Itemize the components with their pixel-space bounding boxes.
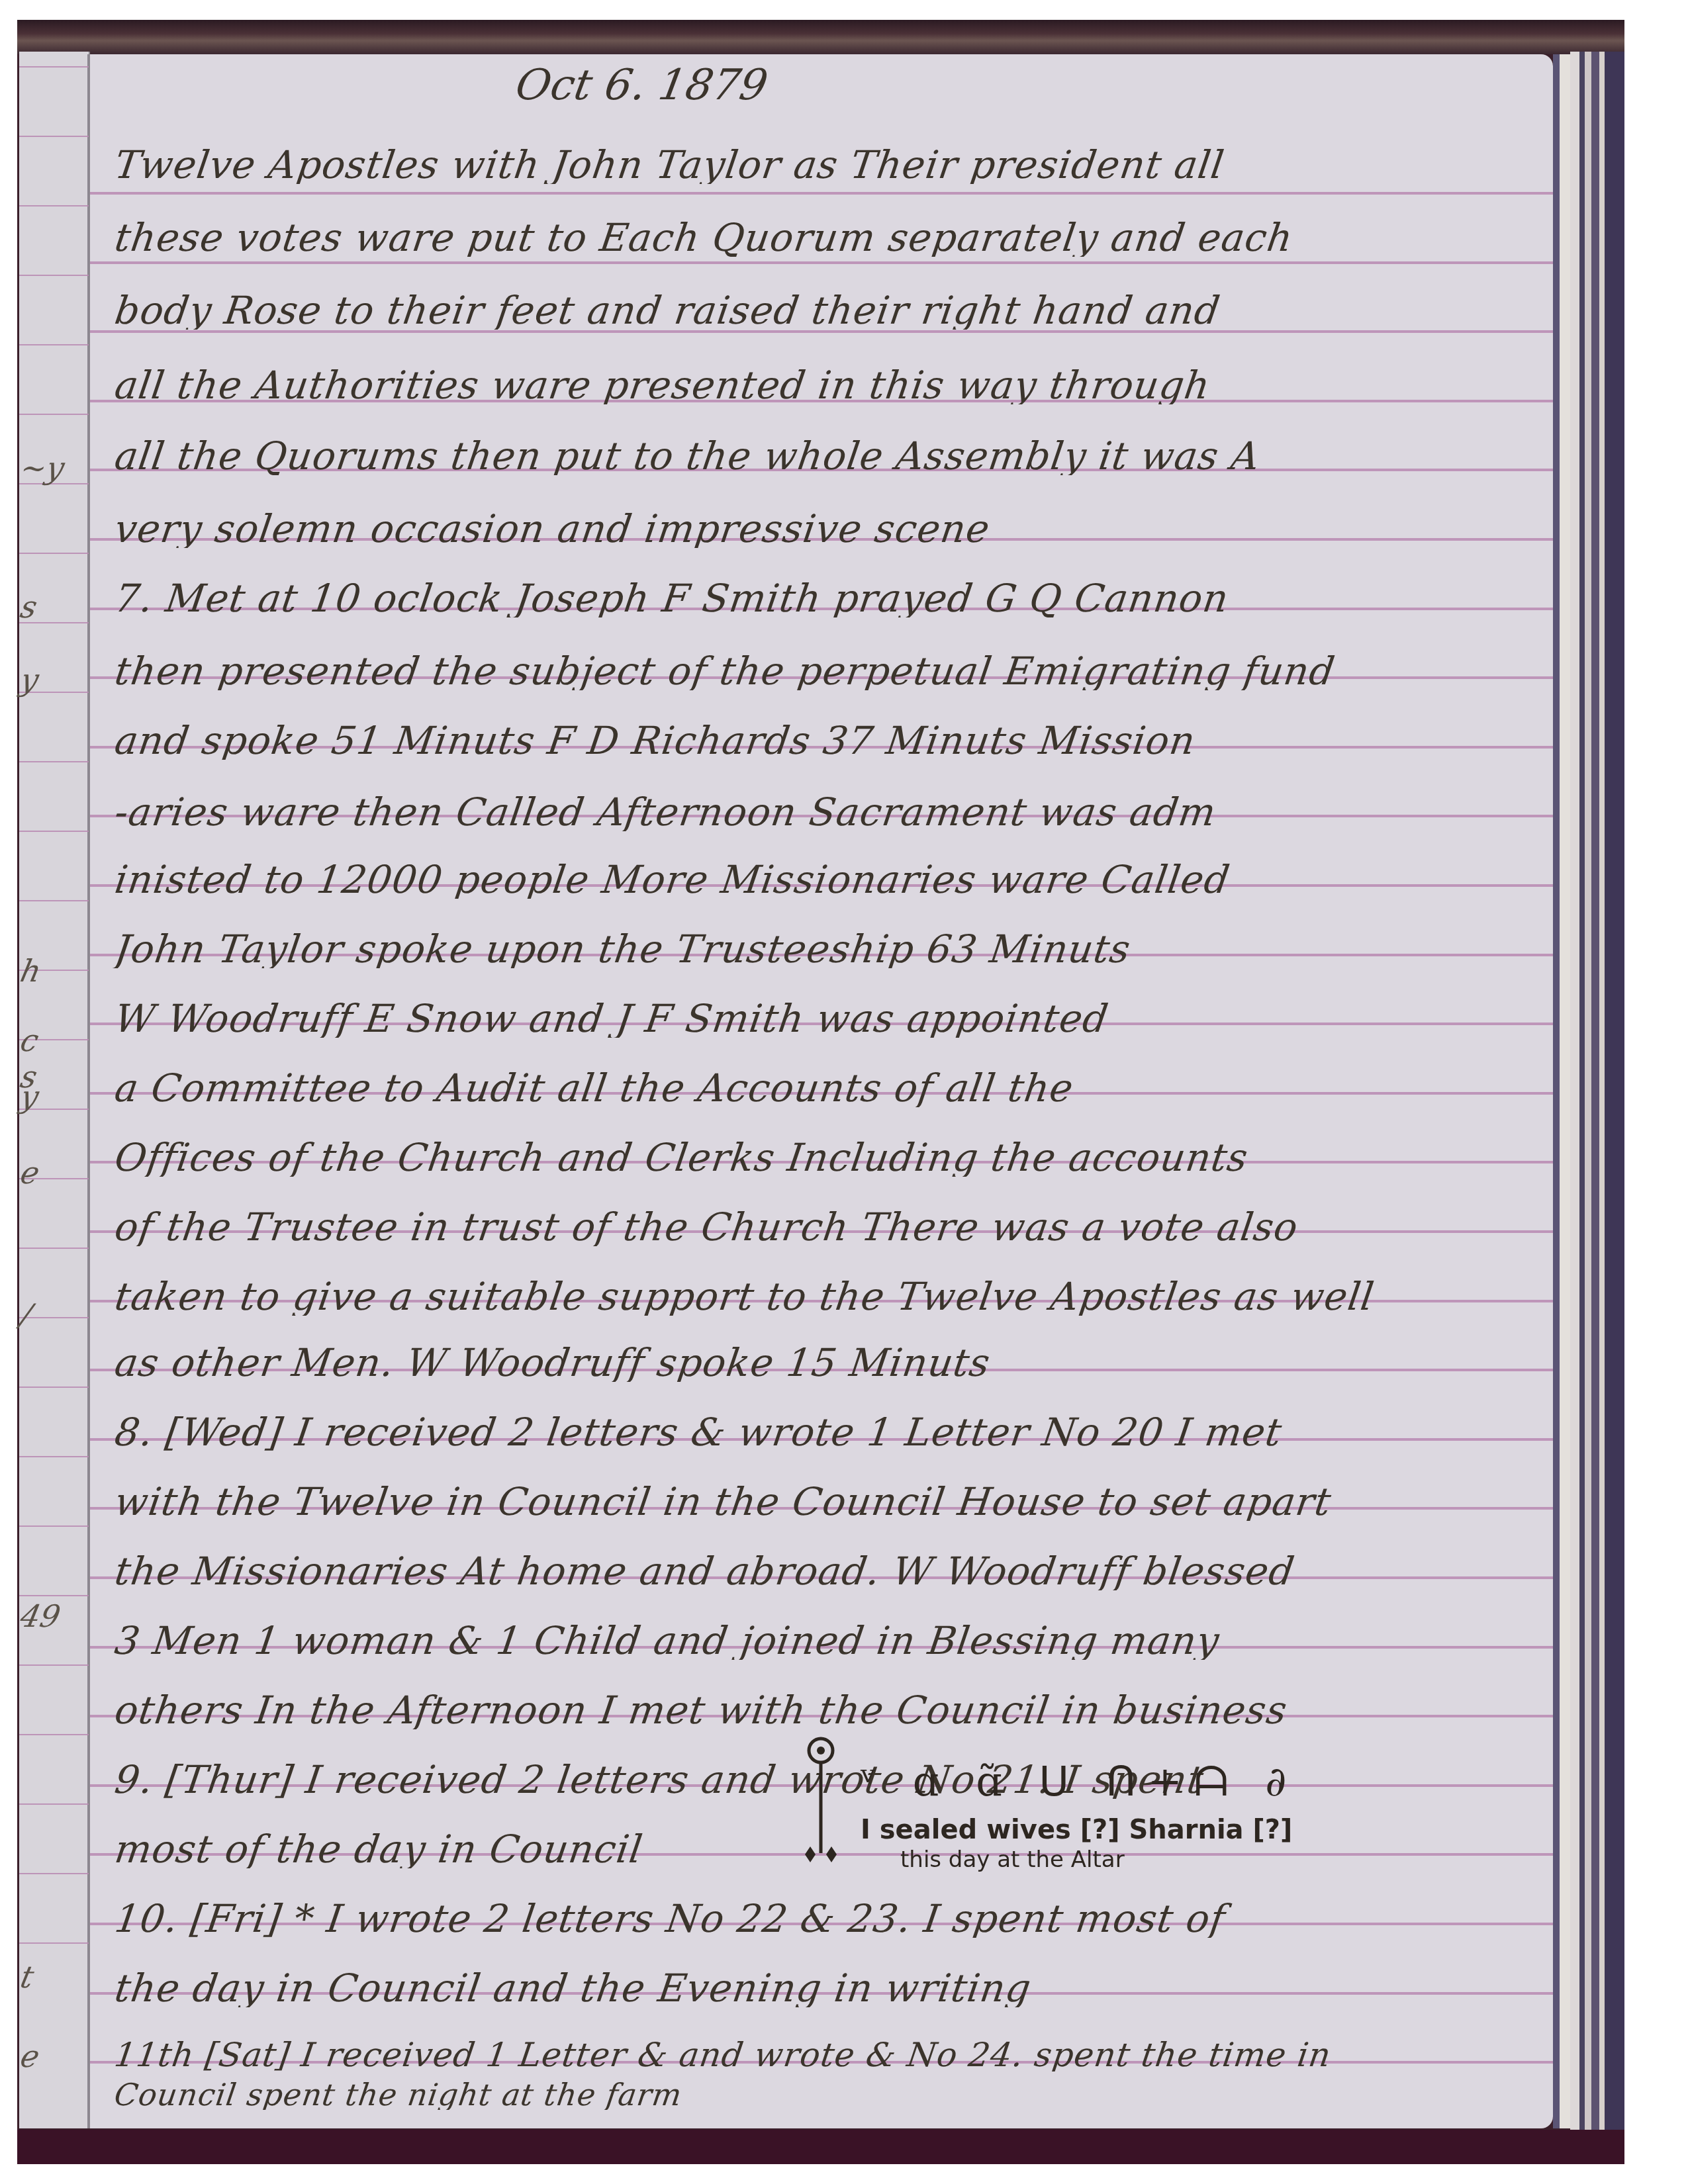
ruled-line-facing — [19, 900, 89, 901]
key-symbol-icon — [801, 1734, 841, 1866]
journal-line: most of the day in Council — [113, 1830, 780, 1868]
ruled-line-facing — [19, 1525, 89, 1527]
ruled-line-facing — [19, 344, 89, 345]
ruled-line — [90, 192, 1553, 195]
ruled-line-facing — [19, 1387, 89, 1388]
ruled-line-facing — [19, 761, 89, 762]
top-binding — [17, 20, 1624, 54]
ruled-line-facing — [19, 414, 89, 415]
journal-line: -aries ware then Called Afternoon Sacram… — [113, 793, 1548, 831]
ruled-line — [90, 261, 1553, 264]
shorthand-symbols: ᵛ ɑ ɑ̃ ᑌ ᑎ+ᗩ ∂ — [861, 1757, 1298, 1806]
journal-line: then presented the subject of the perpet… — [113, 652, 1548, 690]
ruled-line-facing — [19, 1595, 89, 1596]
ruled-line-facing — [19, 205, 89, 206]
journal-line: taken to give a suitable support to the … — [113, 1277, 1548, 1316]
journal-line: and spoke 51 Minuts F D Richards 37 Minu… — [113, 721, 1548, 760]
ruled-line-facing — [19, 1456, 89, 1457]
journal-line: all the Authorities ware presented in th… — [113, 366, 1548, 404]
journal-line: Offices of the Church and Clerks Includi… — [113, 1138, 1548, 1177]
ruled-line — [90, 330, 1553, 333]
journal-line: very solemn occasion and impressive scen… — [113, 510, 1548, 548]
journal-line: as other Men. W Woodruff spoke 15 Minuts — [113, 1343, 1548, 1382]
ruled-line-facing — [19, 1664, 89, 1666]
journal-line: 10. [Fri] * I wrote 2 letters No 22 & 23… — [113, 1899, 1548, 1938]
journal-line: a Committee to Audit all the Accounts of… — [113, 1069, 1548, 1107]
page-edge-stack — [1570, 52, 1624, 2130]
ruled-line-facing — [19, 553, 89, 554]
journal-line: Council spent the night at the farm — [113, 2079, 1546, 2110]
ruled-line-facing — [19, 66, 89, 68]
journal-line: the Missionaries At home and abroad. W W… — [113, 1552, 1548, 1590]
journal-line: others In the Afternoon I met with the C… — [113, 1691, 1548, 1729]
journal-line: John Taylor spoke upon the Trusteeship 6… — [113, 930, 1548, 968]
margin-fragment: ~y — [17, 450, 68, 486]
page-edge-border — [1553, 54, 1570, 2128]
journal-line: inisted to 12000 people More Missionarie… — [113, 860, 1548, 899]
journal-line: W Woodruff E Snow and J F Smith was appo… — [113, 999, 1548, 1038]
journal-line: 3 Men 1 woman & 1 Child and joined in Bl… — [113, 1621, 1548, 1660]
sealing-annotation: I sealed wives [?] Sharnia [?] — [861, 1815, 1292, 1845]
journal-line: with the Twelve in Council in the Counci… — [113, 1482, 1548, 1521]
ruled-line-facing — [19, 1873, 89, 1874]
ruled-line-facing — [19, 831, 89, 832]
date-heading: Oct 6. 1879 — [512, 61, 771, 110]
bottom-binding — [17, 2130, 1624, 2164]
journal-line: 11th [Sat] I received 1 Letter & and wro… — [113, 2038, 1547, 2071]
journal-line: 7. Met at 10 oclock Joseph F Smith praye… — [113, 579, 1548, 617]
journal-line: of the Trustee in trust of the Church Th… — [113, 1208, 1548, 1246]
margin-fragment: 49 — [17, 1598, 64, 1634]
gutter-fold — [87, 54, 89, 2128]
ruled-line-facing — [19, 1803, 89, 1805]
ruled-line-facing — [19, 1248, 89, 1249]
journal-line: Twelve Apostles with John Taylor as Thei… — [113, 146, 1548, 184]
journal-line: the day in Council and the Evening in wr… — [113, 1969, 1548, 2007]
journal-line: 8. [Wed] I received 2 letters & wrote 1 … — [113, 1413, 1548, 1451]
ruled-line-facing — [19, 1942, 89, 1944]
journal-line: body Rose to their feet and raised their… — [113, 291, 1548, 330]
journal-line: these votes ware put to Each Quorum sepa… — [113, 218, 1548, 257]
journal-line: all the Quorums then put to the whole As… — [113, 437, 1548, 475]
ruled-line-facing — [19, 1734, 89, 1735]
sealing-annotation-subline: this day at the Altar — [900, 1846, 1125, 1873]
ruled-line-facing — [19, 275, 89, 276]
ruled-line-facing — [19, 136, 89, 137]
